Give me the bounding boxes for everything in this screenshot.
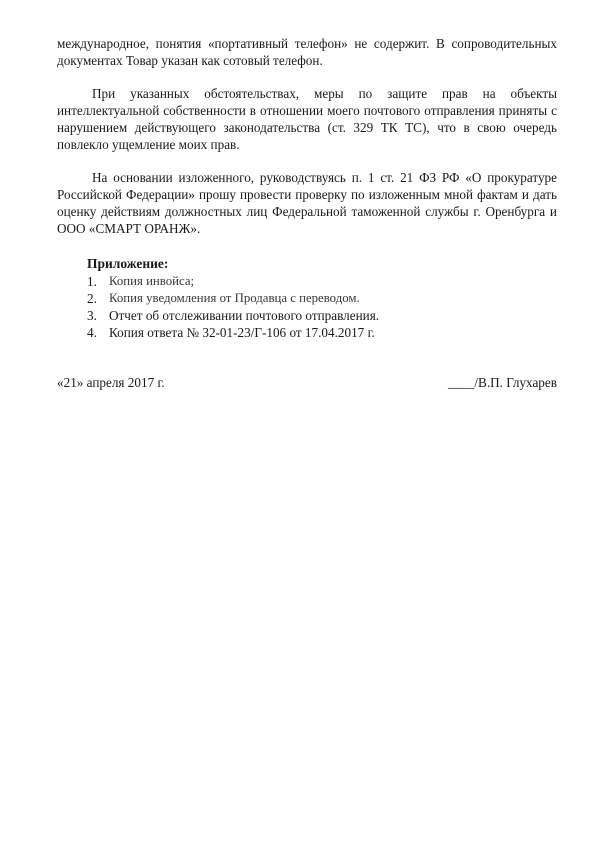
appendix-item: 4. Копия ответа № 32-01-23/Г-106 от 17.0… bbox=[87, 324, 557, 341]
appendix-section: Приложение: 1. Копия инвойса; 2. Копия у… bbox=[87, 255, 557, 341]
appendix-item-number: 1. bbox=[87, 273, 109, 290]
appendix-item-text: Копия инвойса; bbox=[109, 273, 194, 290]
appendix-item-number: 4. bbox=[87, 324, 109, 341]
paragraph-request: На основании изложенного, руководствуясь… bbox=[57, 169, 557, 237]
appendix-title: Приложение: bbox=[87, 255, 557, 272]
appendix-item-text: Отчет об отслеживании почтового отправле… bbox=[109, 307, 379, 324]
appendix-item: 2. Копия уведомления от Продавца с перев… bbox=[87, 290, 557, 307]
paragraph-circumstances: При указанных обстоятельствах, меры по з… bbox=[57, 85, 557, 153]
appendix-item: 1. Копия инвойса; bbox=[87, 273, 557, 290]
appendix-item-text: Копия ответа № 32-01-23/Г-106 от 17.04.2… bbox=[109, 324, 375, 341]
date-signature-row: «21» апреля 2017 г. ____/В.П. Глухарев bbox=[57, 374, 557, 391]
appendix-item-number: 3. bbox=[87, 307, 109, 324]
appendix-item-number: 2. bbox=[87, 290, 109, 307]
document-page: международное, понятия «портативный теле… bbox=[57, 35, 557, 341]
document-date: «21» апреля 2017 г. bbox=[57, 374, 165, 391]
signature: ____/В.П. Глухарев bbox=[448, 374, 557, 391]
appendix-item-text: Копия уведомления от Продавца с переводо… bbox=[109, 290, 360, 307]
paragraph-continuation: международное, понятия «портативный теле… bbox=[57, 35, 557, 69]
appendix-item: 3. Отчет об отслеживании почтового отпра… bbox=[87, 307, 557, 324]
appendix-list: 1. Копия инвойса; 2. Копия уведомления о… bbox=[87, 273, 557, 341]
